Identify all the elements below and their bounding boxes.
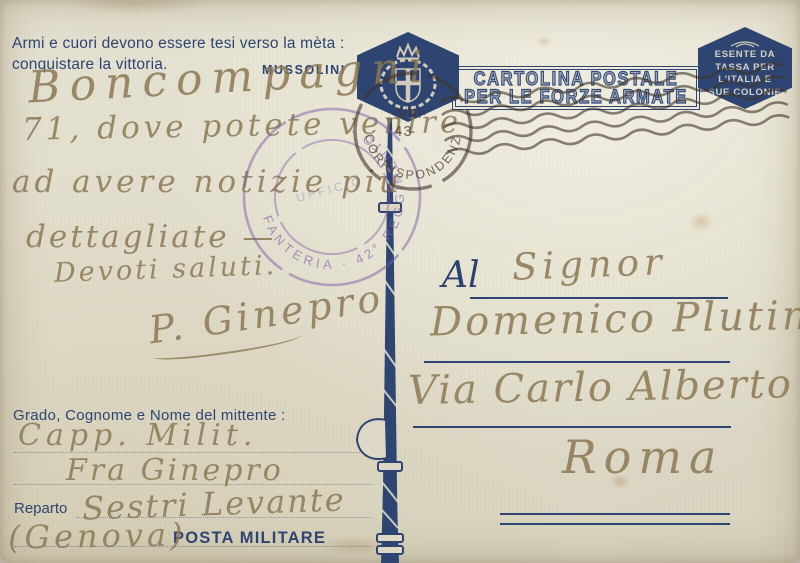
handwritten-sender-rank: Capp. Milit. bbox=[18, 418, 257, 453]
posta-militare-label: POSTA MILITARE bbox=[173, 529, 326, 548]
address-double-rule bbox=[500, 513, 730, 525]
cancellation-wavy-lines bbox=[413, 46, 795, 164]
postmark-date-year: 43 bbox=[394, 123, 413, 140]
foxing-stain bbox=[688, 212, 714, 232]
edge-stain bbox=[60, 0, 210, 14]
reparto-label: Reparto bbox=[14, 500, 67, 517]
handwritten-recipient-name: Domenico Plutino bbox=[430, 292, 800, 345]
postcard: Armi e cuori devono essere tesi verso la… bbox=[0, 0, 800, 563]
handwritten-street: Via Carlo Alberto 53 bbox=[408, 360, 800, 414]
handwritten-message-line: dettagliate — bbox=[26, 219, 276, 255]
handwritten-sender-province: (Genova) bbox=[8, 515, 187, 556]
handwritten-city: Roma bbox=[562, 430, 723, 484]
handwritten-message-line: Devoti saluti. bbox=[54, 250, 278, 289]
handwritten-recipient-title: Signor bbox=[511, 240, 667, 288]
address-prefix: Al bbox=[442, 255, 480, 296]
address-line-rule bbox=[413, 426, 731, 428]
